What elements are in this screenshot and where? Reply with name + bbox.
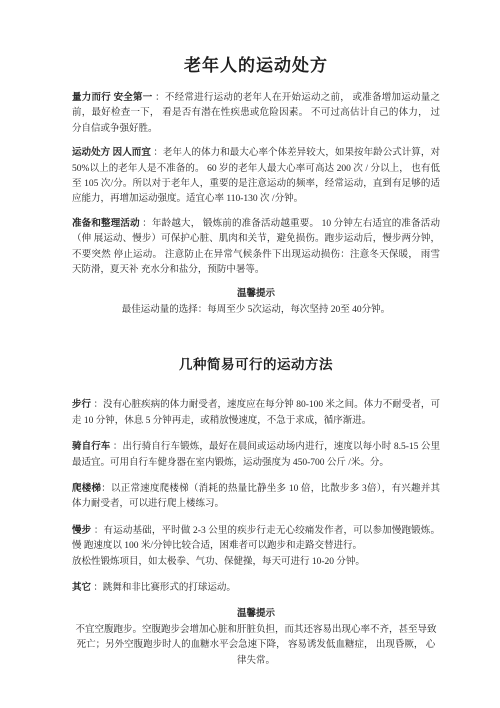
tip-heading: 温馨提示 xyxy=(72,287,440,302)
tip-body: 最佳运动量的选择：每周至少 5次运动，每次坚持 20至 40分钟。 xyxy=(72,303,440,318)
paragraph-walking: 步行 ：没有心脏疾病的体力耐受者，速度应在每分钟 80-100 米之间。体力不耐… xyxy=(72,398,440,429)
section-exercise-prescription: 量力而行 安全第一 ：不经常进行运动的老年人在开始运动之前， 或准备增加运动量之… xyxy=(72,91,440,318)
paragraph-separator: ： xyxy=(91,400,103,410)
section-title-simple-methods: 几种简易可行的运动方法 xyxy=(72,356,440,374)
paragraph-cycling: 骑自行车 ：出行骑自行车锻炼，最好在晨间或运动场内进行，速度以每小时 8.5-1… xyxy=(72,440,440,471)
paragraph-text: 跳舞和非比赛形式的打球运动。 xyxy=(103,583,236,593)
paragraph-other: 其它 ：跳舞和非比赛形式的打球运动。 xyxy=(72,581,440,596)
paragraph-separator: ： xyxy=(151,148,163,158)
paragraph-separator: ： xyxy=(140,219,152,229)
section-simple-methods: 步行 ：没有心脏疾病的体力耐受者，速度应在每分钟 80-100 米之间。体力不耐… xyxy=(72,398,440,669)
tip-body: 不宜空腹跑步。空腹跑步会增加心脏和肝脏负担，而其还容易出现心率不齐，甚至导致死亡… xyxy=(72,623,440,669)
paragraph-separator: ： xyxy=(91,583,103,593)
paragraph-label: 准备和整理活动 xyxy=(72,219,140,229)
paragraph-label: 其它 xyxy=(72,583,91,593)
paragraph-text: 没有心脏疾病的体力耐受者，速度应在每分钟 80-100 米之间。体力不耐受者，可… xyxy=(72,400,440,425)
document-page: 老年人的运动处方 量力而行 安全第一 ：不经常进行运动的老年人在开始运动之前， … xyxy=(0,0,500,708)
paragraph-separator: ： xyxy=(153,93,165,103)
paragraph-label: 骑自行车 xyxy=(72,442,110,452)
paragraph-extra-line: 放松性锻炼项目，如太极拳、气功、保健操，每天可进行 10-20 分钟。 xyxy=(72,555,440,570)
document-title: 老年人的运动处方 xyxy=(72,54,440,78)
paragraph-label: 爬楼梯 xyxy=(72,484,101,494)
paragraph-separator: ： xyxy=(110,442,122,452)
paragraph-text: 有运动基础，平时做 2-3 公里的疾步行走无心绞痛发作者，可以参加慢跑锻炼。慢 … xyxy=(72,526,440,551)
paragraph-separator: ： xyxy=(91,526,103,536)
paragraph-label: 步行 xyxy=(72,400,91,410)
paragraph-jogging: 慢步 ：有运动基础，平时做 2-3 公里的疾步行走无心绞痛发作者，可以参加慢跑锻… xyxy=(72,524,440,570)
paragraph-text: 以正常速度爬楼梯（消耗的热量比静坐多 10 倍，比散步多 3倍），有兴趣并其体力… xyxy=(72,484,440,509)
paragraph-label: 量力而行 安全第一 xyxy=(72,93,153,103)
tip-heading: 温馨提示 xyxy=(72,607,440,622)
paragraph-warmup-cooldown: 准备和整理活动 ：年龄越大， 锻炼前的准备活动越重要。 10 分钟左右适宜的准备… xyxy=(72,217,440,279)
paragraph-label: 运动处方 因人而宜 xyxy=(72,148,151,158)
paragraph-text: 出行骑自行车锻炼，最好在晨间或运动场内进行，速度以每小时 8.5-15 公里最适… xyxy=(72,442,440,467)
paragraph-label: 慢步 xyxy=(72,526,91,536)
paragraph-separator: ： xyxy=(101,484,111,494)
paragraph-individualized-prescription: 运动处方 因人而宜 ：老年人的体力和最大心率个体差异较大，如果按年龄公式计算，对… xyxy=(72,146,440,208)
paragraph-stair-climbing: 爬楼梯：以正常速度爬楼梯（消耗的热量比静坐多 10 倍，比散步多 3倍），有兴趣… xyxy=(72,482,440,513)
paragraph-ability-safety: 量力而行 安全第一 ：不经常进行运动的老年人在开始运动之前， 或准备增加运动量之… xyxy=(72,91,440,137)
